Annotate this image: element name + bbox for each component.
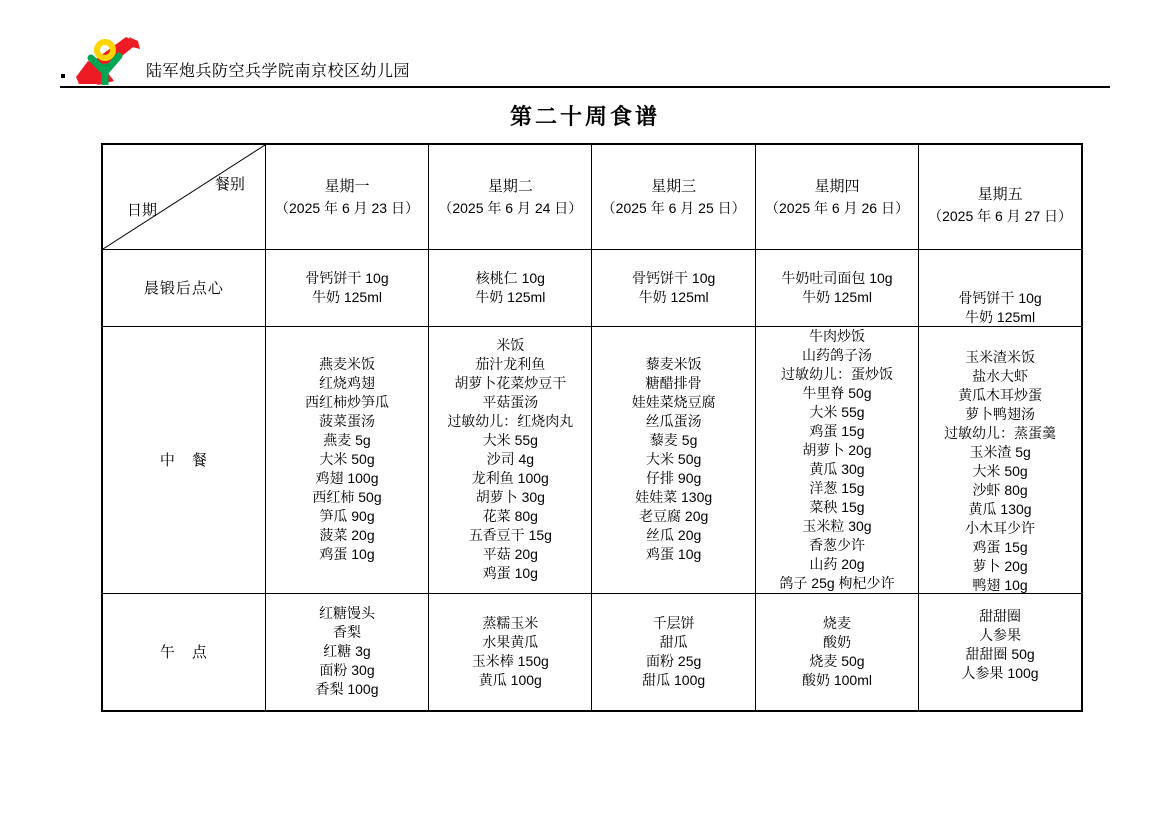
menu-item: 沙虾 80g [919, 481, 1081, 500]
menu-cell: 米饭茄汁龙利鱼胡萝卜花菜炒豆干平菇蛋汤过敏幼儿：红烧肉丸大米 55g沙司 4g龙… [429, 326, 592, 593]
menu-item: 萝卜鸭翅汤 [919, 405, 1081, 424]
day-header-cell: 星期一（2025 年 6 月 23 日） [265, 144, 428, 249]
menu-item: 牛奶 125ml [592, 288, 754, 307]
menu-item: 大米 50g [266, 450, 428, 469]
menu-item: 蒸糯玉米 [429, 614, 591, 633]
menu-item: 藜麦米饭 [592, 355, 754, 374]
day-header-cell: 星期五（2025 年 6 月 27 日） [919, 144, 1082, 249]
menu-item: 西红柿 50g [266, 488, 428, 507]
weekday-label: 星期三 [592, 176, 754, 198]
menu-cell: 核桃仁 10g牛奶 125ml [429, 249, 592, 326]
menu-item: 甜甜圈 [919, 607, 1081, 626]
menu-item: 水果黄瓜 [429, 633, 591, 652]
menu-row: 午 点红糖馒头香梨红糖 3g面粉 30g香梨 100g蒸糯玉米水果黄瓜玉米棒 1… [102, 593, 1082, 711]
menu-item: 鸭翅 10g [919, 576, 1081, 593]
menu-item: 鸡翅 100g [266, 469, 428, 488]
menu-item: 香梨 100g [266, 680, 428, 699]
menu-item: 黄瓜 130g [919, 500, 1081, 519]
menu-item: 鸽子 25g 枸杞少许 [756, 574, 918, 593]
menu-item: 香梨 [266, 623, 428, 642]
menu-cell: 燕麦米饭红烧鸡翅西红柿炒笋瓜菠菜蛋汤燕麦 5g大米 50g鸡翅 100g西红柿 … [265, 326, 428, 593]
menu-table: 餐别 日期 星期一（2025 年 6 月 23 日）星期二（2025 年 6 月… [101, 143, 1083, 712]
menu-cell: 玉米渣米饭盐水大虾黄瓜木耳炒蛋萝卜鸭翅汤过敏幼儿：蒸蛋羹玉米渣 5g大米 50g… [919, 326, 1082, 593]
corner-date-label: 日期 [127, 199, 157, 220]
menu-item: 大米 50g [919, 462, 1081, 481]
corner-meal-label: 餐别 [215, 173, 245, 194]
day-header-cell: 星期三（2025 年 6 月 25 日） [592, 144, 755, 249]
menu-item: 菠菜 20g [266, 526, 428, 545]
date-label: （2025 年 6 月 25 日） [592, 198, 754, 218]
menu-item: 人参果 [919, 626, 1081, 645]
menu-item: 盐水大虾 [919, 367, 1081, 386]
menu-item: 烧麦 50g [756, 652, 918, 671]
menu-item: 丝瓜蛋汤 [592, 412, 754, 431]
header-divider [60, 86, 1110, 88]
menu-item: 山药鸽子汤 [756, 346, 918, 365]
menu-item: 胡萝卜 30g [429, 488, 591, 507]
menu-item: 黄瓜 30g [756, 460, 918, 479]
menu-item: 菜秧 15g [756, 498, 918, 517]
menu-item: 藜麦 5g [592, 431, 754, 450]
menu-item: 过敏幼儿：蛋炒饭 [756, 365, 918, 384]
menu-item: 五香豆干 15g [429, 526, 591, 545]
menu-cell: 藜麦米饭糖醋排骨娃娃菜烧豆腐丝瓜蛋汤藜麦 5g大米 50g仔排 90g娃娃菜 1… [592, 326, 755, 593]
menu-item: 小木耳少许 [919, 519, 1081, 538]
org-name: 陆军炮兵防空兵学院南京校区幼儿园 [146, 58, 410, 81]
menu-item: 牛肉炒饭 [756, 327, 918, 346]
menu-item: 红烧鸡翅 [266, 374, 428, 393]
menu-item: 笋瓜 90g [266, 507, 428, 526]
menu-item: 胡萝卜 20g [756, 441, 918, 460]
menu-cell: 甜甜圈人参果甜甜圈 50g人参果 100g [919, 593, 1082, 711]
menu-item: 骨钙饼干 10g [919, 289, 1081, 308]
menu-item: 面粉 25g [592, 652, 754, 671]
menu-item: 菠菜蛋汤 [266, 412, 428, 431]
menu-item: 山药 20g [756, 555, 918, 574]
date-label: （2025 年 6 月 27 日） [919, 206, 1081, 226]
menu-item: 平菇 20g [429, 545, 591, 564]
weekday-label: 星期二 [429, 176, 591, 198]
menu-item: 老豆腐 20g [592, 507, 754, 526]
weekday-label: 星期一 [266, 176, 428, 198]
weekday-label: 星期四 [756, 176, 918, 198]
document-header: 陆军炮兵防空兵学院南京校区幼儿园 [0, 0, 1170, 90]
menu-cell: 牛奶吐司面包 10g牛奶 125ml [755, 249, 918, 326]
menu-item: 千层饼 [592, 614, 754, 633]
menu-item: 萝卜 20g [919, 557, 1081, 576]
menu-item: 丝瓜 20g [592, 526, 754, 545]
menu-item: 鸡蛋 15g [919, 538, 1081, 557]
kindergarten-logo-icon [74, 33, 142, 85]
menu-cell: 骨钙饼干 10g牛奶 125ml [265, 249, 428, 326]
menu-item: 鸡蛋 10g [266, 545, 428, 564]
date-label: （2025 年 6 月 24 日） [429, 198, 591, 218]
table-header-row: 餐别 日期 星期一（2025 年 6 月 23 日）星期二（2025 年 6 月… [102, 144, 1082, 249]
menu-cell: 骨钙饼干 10g牛奶 125ml [919, 249, 1082, 326]
menu-item: 娃娃菜 130g [592, 488, 754, 507]
menu-item: 娃娃菜烧豆腐 [592, 393, 754, 412]
menu-item: 米饭 [429, 336, 591, 355]
menu-item: 过敏幼儿：红烧肉丸 [429, 412, 591, 431]
menu-cell: 牛肉炒饭山药鸽子汤过敏幼儿：蛋炒饭牛里脊 50g大米 55g鸡蛋 15g胡萝卜 … [755, 326, 918, 593]
menu-item: 燕麦 5g [266, 431, 428, 450]
menu-item: 大米 55g [756, 403, 918, 422]
diagonal-line [103, 145, 265, 249]
menu-item: 牛奶 125ml [266, 288, 428, 307]
menu-item: 骨钙饼干 10g [266, 269, 428, 288]
menu-item: 人参果 100g [919, 664, 1081, 683]
menu-item: 大米 55g [429, 431, 591, 450]
date-label: （2025 年 6 月 26 日） [756, 198, 918, 218]
date-label: （2025 年 6 月 23 日） [266, 198, 428, 218]
menu-item: 茄汁龙利鱼 [429, 355, 591, 374]
menu-item: 玉米渣 5g [919, 443, 1081, 462]
menu-item: 香葱少许 [756, 536, 918, 555]
menu-item: 红糖馒头 [266, 604, 428, 623]
menu-item: 甜甜圈 50g [919, 645, 1081, 664]
menu-cell: 千层饼甜瓜面粉 25g甜瓜 100g [592, 593, 755, 711]
menu-row: 晨锻后点心骨钙饼干 10g牛奶 125ml核桃仁 10g牛奶 125ml骨钙饼干… [102, 249, 1082, 326]
day-header-cell: 星期二（2025 年 6 月 24 日） [429, 144, 592, 249]
page-title: 第二十周食谱 [0, 100, 1170, 131]
menu-item: 黄瓜 100g [429, 671, 591, 690]
menu-cell: 红糖馒头香梨红糖 3g面粉 30g香梨 100g [265, 593, 428, 711]
menu-item: 酸奶 [756, 633, 918, 652]
menu-item: 燕麦米饭 [266, 355, 428, 374]
menu-item: 甜瓜 100g [592, 671, 754, 690]
menu-cell: 烧麦酸奶烧麦 50g酸奶 100ml [755, 593, 918, 711]
menu-item: 花菜 80g [429, 507, 591, 526]
menu-cell: 骨钙饼干 10g牛奶 125ml [592, 249, 755, 326]
menu-item: 牛奶吐司面包 10g [756, 269, 918, 288]
menu-item: 玉米粒 30g [756, 517, 918, 536]
menu-item: 仔排 90g [592, 469, 754, 488]
menu-item: 核桃仁 10g [429, 269, 591, 288]
menu-item: 洋葱 15g [756, 479, 918, 498]
meal-label-cell: 中 餐 [102, 326, 265, 593]
menu-cell: 蒸糯玉米水果黄瓜玉米棒 150g黄瓜 100g [429, 593, 592, 711]
menu-item: 沙司 4g [429, 450, 591, 469]
menu-item: 玉米棒 150g [429, 652, 591, 671]
day-header-cell: 星期四（2025 年 6 月 26 日） [755, 144, 918, 249]
meal-label-cell: 晨锻后点心 [102, 249, 265, 326]
menu-item: 黄瓜木耳炒蛋 [919, 386, 1081, 405]
menu-item: 牛奶 125ml [756, 288, 918, 307]
menu-item: 鸡蛋 10g [592, 545, 754, 564]
menu-item: 牛奶 125ml [429, 288, 591, 307]
menu-item: 骨钙饼干 10g [592, 269, 754, 288]
menu-item: 面粉 30g [266, 661, 428, 680]
menu-item: 大米 50g [592, 450, 754, 469]
menu-item: 胡萝卜花菜炒豆干 [429, 374, 591, 393]
menu-item: 龙利鱼 100g [429, 469, 591, 488]
menu-row: 中 餐燕麦米饭红烧鸡翅西红柿炒笋瓜菠菜蛋汤燕麦 5g大米 50g鸡翅 100g西… [102, 326, 1082, 593]
menu-item: 过敏幼儿：蒸蛋羹 [919, 424, 1081, 443]
menu-item: 牛奶 125ml [919, 308, 1081, 327]
menu-item: 红糖 3g [266, 642, 428, 661]
menu-item: 糖醋排骨 [592, 374, 754, 393]
corner-cell: 餐别 日期 [102, 144, 265, 249]
menu-item: 平菇蛋汤 [429, 393, 591, 412]
menu-item: 酸奶 100ml [756, 671, 918, 690]
menu-item: 鸡蛋 10g [429, 564, 591, 583]
menu-item: 牛里脊 50g [756, 384, 918, 403]
menu-item: 甜瓜 [592, 633, 754, 652]
weekday-label: 星期五 [919, 184, 1081, 206]
menu-item: 鸡蛋 15g [756, 422, 918, 441]
menu-item: 西红柿炒笋瓜 [266, 393, 428, 412]
bullet-dot [61, 74, 65, 78]
menu-item: 玉米渣米饭 [919, 348, 1081, 367]
meal-label-cell: 午 点 [102, 593, 265, 711]
menu-item: 烧麦 [756, 614, 918, 633]
